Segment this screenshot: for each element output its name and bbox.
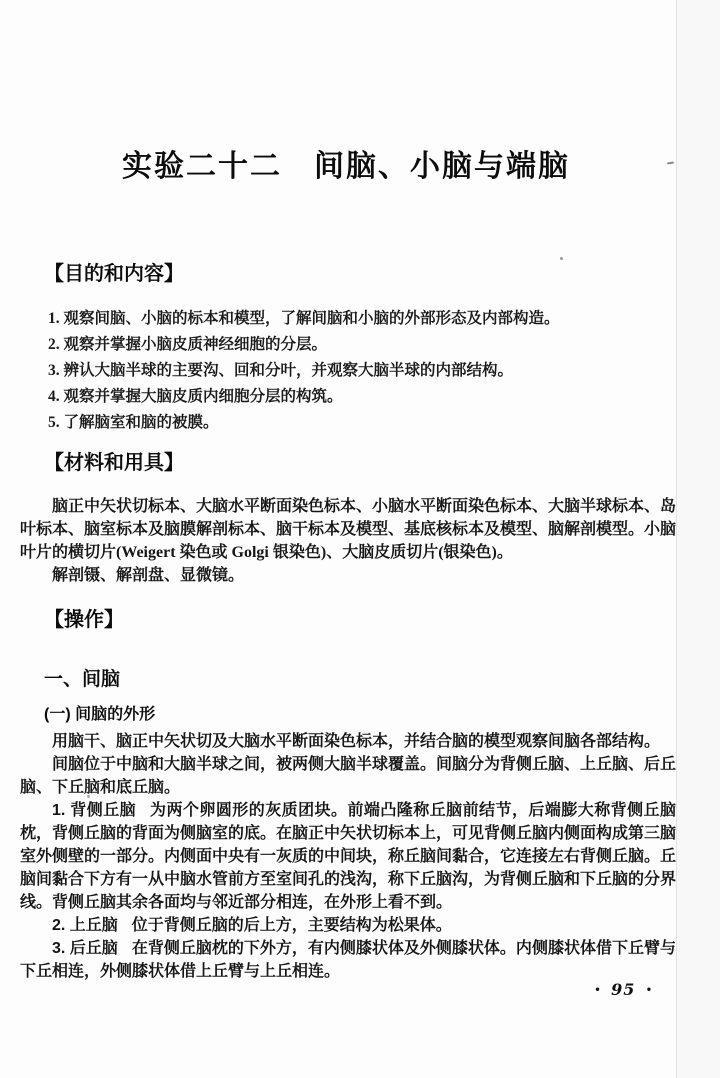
scanned-textbook-page: 实验二十二 间脑、小脑与端脑 【目的和内容】 1. 观察间脑、小脑的标本和模型，… (0, 0, 720, 1078)
purpose-item: 5. 了解脑室和脑的被膜。 (48, 410, 676, 436)
body-paragraph: 2. 上丘脑位于背侧丘脑的后上方，主要结构为松果体。 (20, 914, 676, 937)
operation-heading: 【操作】 (44, 608, 676, 632)
purpose-item: 4. 观察并掌握大脑皮质内细胞分层的构筑。 (48, 384, 676, 410)
operation-body: 用脑干、脑正中矢状切及大脑水平断面染色标本，并结合脑的模型观察间脑各部结构。 间… (20, 730, 676, 983)
page-content: 实验二十二 间脑、小脑与端脑 【目的和内容】 1. 观察间脑、小脑的标本和模型，… (0, 148, 720, 983)
term-lead-metathalamus: 3. 后丘脑 (52, 940, 118, 957)
page-title: 实验二十二 间脑、小脑与端脑 (122, 148, 676, 186)
purpose-item: 3. 辨认大脑半球的主要沟、回和分叶，并观察大脑半球的内部结构。 (48, 358, 676, 384)
purpose-item: 1. 观察间脑、小脑的标本和模型，了解间脑和小脑的外部形态及内部构造。 (48, 306, 676, 332)
paragraph-text: 位于背侧丘脑的后上方，主要结构为松果体。 (132, 917, 452, 934)
paragraph-text: 用脑干、脑正中矢状切及大脑水平断面染色标本，并结合脑的模型观察间脑各部结构。 (52, 733, 660, 750)
body-paragraph: 3. 后丘脑在背侧丘脑枕的下外方，有内侧膝状体及外侧膝状体。内侧膝状体借下丘臂与… (20, 937, 676, 983)
page-number-value: 95 (611, 982, 635, 998)
purpose-item: 2. 观察并掌握小脑皮质神经细胞的分层。 (48, 332, 676, 358)
materials-paragraph: 解剖镊、解剖盘、显微镜。 (20, 564, 676, 587)
materials-heading: 【材料和用具】 (44, 451, 676, 475)
body-paragraph: 用脑干、脑正中矢状切及大脑水平断面染色标本，并结合脑的模型观察间脑各部结构。 (20, 730, 676, 753)
paragraph-text: 间脑位于中脑和大脑半球之间，被两侧大脑半球覆盖。间脑分为背侧丘脑、上丘脑、后丘脑… (20, 756, 676, 796)
materials-block: 脑正中矢状切标本、大脑水平断面染色标本、小脑水平断面染色标本、大脑半球标本、岛叶… (20, 495, 676, 587)
paragraph-text: 在背侧丘脑枕的下外方，有内侧膝状体及外侧膝状体。内侧膝状体借下丘臂与下丘相连，外… (20, 940, 676, 980)
body-paragraph: 间脑位于中脑和大脑半球之间，被两侧大脑半球覆盖。间脑分为背侧丘脑、上丘脑、后丘脑… (20, 753, 676, 799)
section-diencephalon-heading: 一、间脑 (44, 668, 676, 692)
materials-paragraph: 脑正中矢状切标本、大脑水平断面染色标本、小脑水平断面染色标本、大脑半球标本、岛叶… (20, 495, 676, 564)
purpose-list: 1. 观察间脑、小脑的标本和模型，了解间脑和小脑的外部形态及内部构造。 2. 观… (20, 306, 676, 436)
page-number: • 95 • (594, 982, 652, 998)
page-number-dot-right: • (645, 984, 652, 996)
term-lead-dorsal-thalamus: 1. 背侧丘脑 (52, 802, 136, 819)
page-number-dot-left: • (594, 984, 601, 996)
section-external-form-heading: (一) 间脑的外形 (44, 704, 676, 726)
body-paragraph: 1. 背侧丘脑为两个卵圆形的灰质团块。前端凸隆称丘脑前结节，后端膨大称背侧丘脑枕… (20, 799, 676, 914)
purpose-heading: 【目的和内容】 (44, 262, 676, 286)
term-lead-epithalamus: 2. 上丘脑 (52, 917, 118, 934)
